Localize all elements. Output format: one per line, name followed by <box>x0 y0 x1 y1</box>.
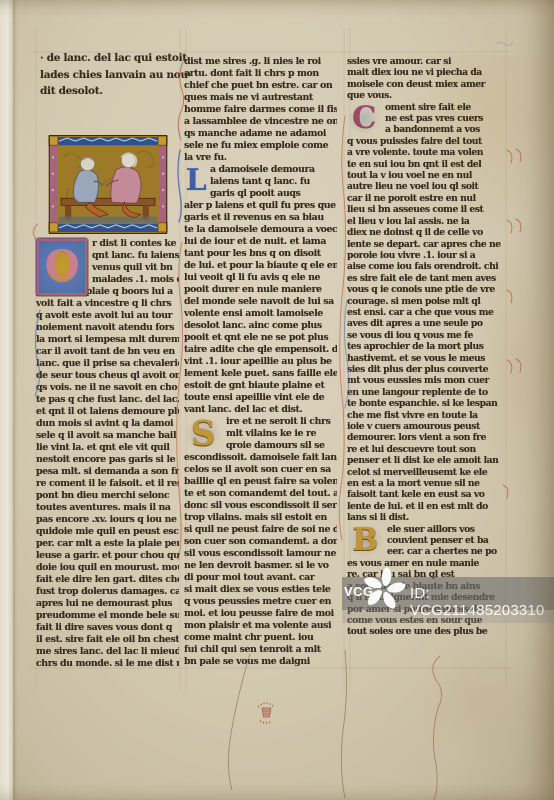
rubric-line: lades chies lanvain au nouvel <box>40 67 190 84</box>
illuminated-initial-C: C <box>347 102 381 135</box>
text-line: di pour moi tout avant. car <box>184 572 337 584</box>
text-line: lui veoit ql li fu avis q ele ne <box>184 272 337 284</box>
text-line: homme faire darmes come il fist <box>184 104 337 116</box>
text-line: qs vois. ne il ne savoit en cho <box>36 382 179 394</box>
text-column-1: Or dist li contes keqnt lanc. fu laiensv… <box>36 238 179 670</box>
text-line: qs manche adame ne adamoi <box>184 128 337 140</box>
text-line: ne len devroit basmer. si le vo <box>184 560 337 572</box>
text-line: nestoit encore pas garis si le <box>36 454 179 466</box>
text-line: noiement navoit atendu fors <box>36 322 179 334</box>
text-line: lui de iour et de nuit. et lama <box>184 236 337 248</box>
text-line: chief che puet bn estre. car on <box>184 80 337 92</box>
text-line: sil vous escondissoit lamour ne <box>184 548 337 560</box>
text-column-2: dist me sires .g. li nies le roiartu. do… <box>184 56 337 668</box>
text-line: te la damoisele demoura a voec <box>184 224 337 236</box>
text-line: fait li dire saves vous dont q <box>36 622 179 634</box>
text-line: garis et il revenus en sa biau <box>184 212 337 224</box>
text-line: el lieu v iou lai assis. ne ia <box>347 216 507 227</box>
illuminated-initial-B: B <box>347 524 383 557</box>
text-line: chrs du monde. si le me dist me <box>36 658 179 670</box>
text-line: doie iou quil en mourust. mourir <box>36 562 179 574</box>
text-line: baillie ql en peust faire sa volen <box>184 476 337 488</box>
text-line: ques mais ne vi autrestant <box>184 92 337 104</box>
text-line: hastivemt. et se vous le meus <box>347 353 507 364</box>
text-line: mon plaisir et ma volente ausi <box>184 620 337 632</box>
text-line: la mort si lempesa mlt duremt <box>36 334 179 346</box>
text-line: me sires lanc. del lac li mieudres <box>36 646 179 658</box>
text-line: pas encore .xv. iours q iou ne <box>36 514 179 526</box>
text-line: faisoit tant kele en eust sa vo <box>347 489 507 500</box>
text-line: taire adite che qle empensoit. de <box>184 344 337 356</box>
text-line: te bonte espanchie. si ke lespan <box>347 398 507 409</box>
text-line: poroie iou vivre .1. iour si a <box>347 250 507 261</box>
text-line: te pas q che fust lanc. del lac. <box>36 394 179 406</box>
text-line: car il ne poroit estre en nul <box>347 193 507 204</box>
text-line: aves dit apres a une seule po <box>347 318 507 329</box>
watermark-id-text: ID: VCG211485203310 <box>410 585 554 619</box>
illuminated-initial-O: O <box>36 238 88 296</box>
text-line: diex ne doinst q il de celle vo <box>347 227 507 238</box>
text-line: moi. et iou peusse faire de moi <box>184 608 337 620</box>
text-line: sele q il avoit sa manche bail <box>36 430 179 442</box>
text-line: mait diex iou ne vi piecha da <box>347 67 507 78</box>
text-line: demourer. lors vient a son fre <box>347 432 507 443</box>
page-left-edge <box>0 0 13 800</box>
text-line: lanc. que il prise sa chevalerie <box>36 358 179 370</box>
text-line: q avoit este avoit lui au tour <box>36 310 179 322</box>
text-line: sele ne fu miex emploie come <box>184 140 337 152</box>
text-line: desolot lanc. ainc come plus <box>184 320 337 332</box>
text-line: es sire fait ele de tant men aves <box>347 273 507 284</box>
text-segment: Coment sire fait elene est pas vres cuer… <box>347 102 507 524</box>
text-line: pooit et qnt ele ne se pot plus <box>184 332 337 344</box>
text-line: tes aprochier de la mort plus <box>347 341 507 352</box>
rubric-line: dit desolot. <box>40 83 190 100</box>
text-line: tout la v iou voel ne en nul <box>347 170 507 181</box>
text-line: fui chil qui sen tenroit a mlt <box>184 644 337 656</box>
text-line: artu. dont fait li chrs p mon <box>184 68 337 80</box>
rubric-line: · de lanc. del lac qui estoit ma <box>40 50 190 67</box>
text-line: trop vilains. mais sil estoit en <box>184 512 337 524</box>
text-segment: La damoisele demouralaiens tant q lanc. … <box>184 164 337 416</box>
text-line: per. car mlt a este la plaie peril <box>36 538 179 550</box>
text-line: de seur tous cheus ql avoit on <box>36 370 179 382</box>
text-line: q vous peussies metre cuer en <box>184 596 337 608</box>
text-line: te et son comandemt del tout. a <box>184 488 337 500</box>
text-line: en est a la mort venue sil ne <box>347 478 507 489</box>
text-line: estoit de gnt biaute plaine et <box>184 380 337 392</box>
text-line: dist me sires .g. li nies le roi <box>184 56 337 68</box>
text-line: car il avoit tant de bn veu en <box>36 346 179 358</box>
text-line: tant pour les bns q on disoit <box>184 248 337 260</box>
text-line: lieu si bn asseues come il est <box>347 204 507 215</box>
text-line: pesa mlt. si demanda a son fre <box>36 466 179 478</box>
text-line: del monde sele navoit de lui sa <box>184 296 337 308</box>
text-line: lement kele puet. sans faille ele <box>184 368 337 380</box>
text-line: lente de lui. et il en est mlt do <box>347 501 507 512</box>
text-line: est ensi. car a che que vous me <box>347 307 507 318</box>
text-line: vous q ie conois une ptie de vre <box>347 284 507 295</box>
text-line: si quil ne peust faire de soi ne de <box>184 524 337 536</box>
text-line: pont bn dieu merchi selonc <box>36 490 179 502</box>
manuscript-page: · de lanc. del lac qui estoit ma lades c… <box>0 0 554 800</box>
text-line: autre lieu ne voel iou ql soit <box>347 181 507 192</box>
library-stamp <box>249 696 283 726</box>
miniature-illustration <box>48 135 168 234</box>
text-line: ioie v cuers amourous peust <box>347 421 507 432</box>
text-line: donc sil vous escondissoit il seroit <box>184 500 337 512</box>
vcg-flower-icon <box>359 564 409 614</box>
text-line: quidoie mie quil en peust esca <box>36 526 179 538</box>
text-line: dun mois si avint q la damoi <box>36 418 179 430</box>
text-line: ssies vre amour. car si <box>347 56 507 67</box>
text-line: aler p laiens et quil fu pres que <box>184 200 337 212</box>
text-line: come maint chr puent. iou <box>184 632 337 644</box>
text-line: il est. sire fait ele oil bn chest <box>36 634 179 646</box>
text-line: de lui. et pour la biaute q ele en <box>184 260 337 272</box>
text-line: et qnt il ot laiens demoure plus <box>36 406 179 418</box>
text-line: toutes aventures. mais il na <box>36 502 179 514</box>
text-line: pooit durer en nule maniere <box>184 284 337 296</box>
illuminated-initial-S: S <box>184 416 222 452</box>
text-line: celot si merveilleusemt ke ele <box>347 467 507 478</box>
text-line: celos se il avoit son cuer en sa <box>184 464 337 476</box>
text-line: courage. si men poise mlt ql <box>347 296 507 307</box>
text-line: aise come iou fais orendroit. chi <box>347 261 507 272</box>
text-line: mt vous eussies mis mon cuer <box>347 375 507 386</box>
text-line: se vous di iou q vous me fe <box>347 330 507 341</box>
text-line: sies dit plus der plus couverte <box>347 364 507 375</box>
text-line: fust trop dolerus damages. car <box>36 586 179 598</box>
text-segment: Or dist li contes keqnt lanc. fu laiensv… <box>36 238 179 670</box>
parchment-stain <box>415 635 545 765</box>
text-line: lente se depart. car apres che ne <box>347 239 507 250</box>
text-segment: dist me sires .g. li nies le roiartu. do… <box>184 56 337 164</box>
rubric: · de lanc. del lac qui estoit ma lades c… <box>40 50 190 100</box>
text-line: q vous puissies faire del tout <box>347 136 507 147</box>
pencil-mark <box>497 42 513 46</box>
text-line: a lassamblee de vincestre ne on <box>184 116 337 128</box>
text-line: che me fist vivre en toute la <box>347 410 507 421</box>
text-line: moisele con deust miex amer <box>347 79 507 90</box>
text-line: vint .1. iour apeillie au plus be <box>184 356 337 368</box>
text-line: tout soies ore une des plus be <box>347 626 507 637</box>
text-segment: Sire et ne seroit li chrsmlt vilains ke … <box>184 416 337 668</box>
text-line: re coment il le faisoit. et il res <box>36 478 179 490</box>
text-line: bn paie se vous me daigni <box>184 656 337 668</box>
text-line: si mait diex se vous esties tele <box>184 584 337 596</box>
text-line: a vre volente. toute ma volen <box>347 147 507 158</box>
text-line: volente ensi amoit lamoisele <box>184 308 337 320</box>
text-line: lie vint la. et qnt ele vit quil <box>36 442 179 454</box>
text-line: apres lui ne demourast plus <box>36 598 179 610</box>
text-line: en une langour replente de to <box>347 387 507 398</box>
text-line: voit fait a vincestre q li chrs <box>36 298 179 310</box>
text-line: la vre fu. <box>184 152 337 164</box>
text-segment: ssies vre amour. car simait diex iou ne … <box>347 56 507 102</box>
text-line: penser et li dist ke ele amoit lan <box>347 455 507 466</box>
text-line: leuse a garir. et pour chou qui <box>36 550 179 562</box>
text-line: toute ensi apeillie vint ele de <box>184 392 337 404</box>
text-column-3: ssies vre amour. car simait diex iou ne … <box>347 56 507 638</box>
illuminated-initial-L: L <box>184 164 208 198</box>
text-line: te en sui iou bn qnt il est del <box>347 159 507 170</box>
text-line: preudomme el monde bele suer <box>36 610 179 622</box>
text-line: son cuer son comandemt. a donc <box>184 536 337 548</box>
text-line: re et lui descuevre tout son <box>347 444 507 455</box>
text-line: fait ele dire len gart. dites che <box>36 574 179 586</box>
